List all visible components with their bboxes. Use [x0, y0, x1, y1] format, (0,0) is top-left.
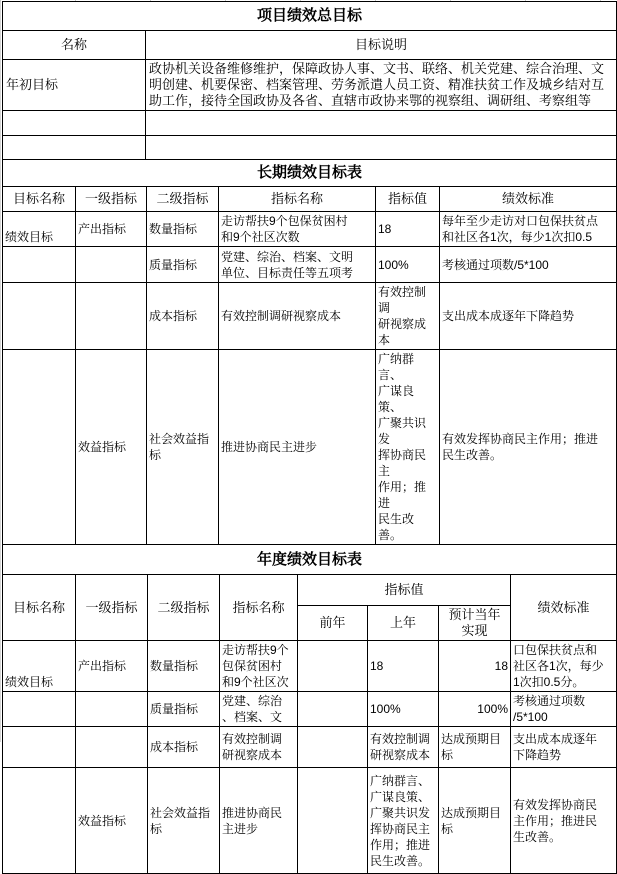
- longterm-header-level1: 一级指标: [76, 187, 147, 212]
- annual-r3-year-before: [298, 727, 368, 768]
- annual-header-level1: 一级指标: [76, 575, 148, 641]
- longterm-r1-level1: 产出指标: [76, 212, 147, 247]
- longterm-header-goal: 目标名称: [3, 187, 76, 212]
- summary-desc-header: 目标说明: [146, 31, 617, 60]
- summary-row2-name: [3, 111, 146, 136]
- annual-r4-level1: 效益指标: [76, 768, 148, 874]
- summary-name-header: 名称: [3, 31, 146, 60]
- annual-r3-standard: 支出成本成逐年 下降趋势: [511, 727, 617, 768]
- longterm-header-level2: 二级指标: [147, 187, 219, 212]
- longterm-r1-indicator: 走访帮扶9个包保贫困村 和9个社区次数: [219, 212, 376, 247]
- annual-header-goal: 目标名称: [3, 575, 76, 641]
- longterm-r2-goal: [3, 247, 76, 283]
- longterm-r2-standard: 考核通过项数/5*100: [440, 247, 617, 283]
- summary-table: 项目绩效总目标 名称 目标说明 年初目标 政协机关设备维修维护，保障政协人事、文…: [2, 1, 617, 160]
- longterm-table: 长期绩效目标表 目标名称 一级指标 二级指标 指标名称 指标值 绩效标准 绩效目…: [2, 159, 617, 545]
- longterm-header-indicator: 指标名称: [219, 187, 376, 212]
- annual-r3-level1: [76, 727, 148, 768]
- annual-title: 年度绩效目标表: [3, 545, 617, 575]
- longterm-r4-value: 广纳群言、 广谋良策、 广聚共识发 挥协商民主 作用；推进 民生改善。: [376, 350, 440, 545]
- annual-header-level2: 二级指标: [148, 575, 220, 641]
- longterm-r2-indicator: 党建、综治、档案、文明 单位、目标责任等五项考: [219, 247, 376, 283]
- annual-r2-level1: [76, 692, 148, 727]
- longterm-r4-indicator: 推进协商民主进步: [219, 350, 376, 545]
- annual-r4-goal: [3, 768, 76, 874]
- longterm-r3-standard: 支出成本成逐年下降趋势: [440, 283, 617, 350]
- annual-r2-goal: [3, 692, 76, 727]
- longterm-r3-goal: [3, 283, 76, 350]
- longterm-r4-standard: 有效发挥协商民主作用；推进 民生改善。: [440, 350, 617, 545]
- annual-header-value-group: 指标值: [298, 575, 511, 606]
- annual-r1-year-before: [298, 641, 368, 692]
- annual-r1-last-year: 18: [368, 641, 439, 692]
- summary-row3-name: [3, 136, 146, 160]
- annual-r2-standard: 考核通过项数 /5*100: [511, 692, 617, 727]
- longterm-r4-goal: [3, 350, 76, 545]
- annual-r4-standard: 有效发挥协商民 主作用；推进民 生改善。: [511, 768, 617, 874]
- spreadsheet-gridline-left: [0, 0, 1, 742]
- longterm-r3-value: 有效控制调 研视察成本: [376, 283, 440, 350]
- annual-r4-year-before: [298, 768, 368, 874]
- longterm-r4-level2: 社会效益指 标: [147, 350, 219, 545]
- summary-row3-desc: [146, 136, 617, 160]
- annual-r3-goal: [3, 727, 76, 768]
- longterm-header-standard: 绩效标准: [440, 187, 617, 212]
- annual-header-last-year: 上年: [368, 606, 439, 641]
- annual-r2-year-before: [298, 692, 368, 727]
- annual-r4-expected: 达成预期目 标: [439, 768, 511, 874]
- annual-r2-last-year: 100%: [368, 692, 439, 727]
- annual-r2-indicator: 党建、综治 、档案、文: [220, 692, 298, 727]
- longterm-r4-level1: 效益指标: [76, 350, 147, 545]
- annual-r1-level1: 产出指标: [76, 641, 148, 692]
- annual-r3-indicator: 有效控制调 研视察成本: [220, 727, 298, 768]
- annual-header-indicator: 指标名称: [220, 575, 298, 641]
- summary-row1-desc: 政协机关设备维修维护，保障政协人事、文书、联络、机关党建、综合治理、文明创建、机…: [146, 60, 617, 111]
- annual-r4-level2: 社会效益指 标: [148, 768, 220, 874]
- annual-header-standard: 绩效标准: [511, 575, 617, 641]
- annual-r1-goal: 绩效目标: [3, 641, 76, 692]
- longterm-r3-indicator: 有效控制调研视察成本: [219, 283, 376, 350]
- annual-r1-level2: 数量指标: [148, 641, 220, 692]
- longterm-r3-level1: [76, 283, 147, 350]
- annual-r1-expected: 18: [439, 641, 511, 692]
- annual-r1-indicator: 走访帮扶9个 包保贫困村 和9个社区次: [220, 641, 298, 692]
- longterm-r2-level1: [76, 247, 147, 283]
- summary-title: 项目绩效总目标: [3, 2, 617, 31]
- longterm-header-value: 指标值: [376, 187, 440, 212]
- annual-r3-level2: 成本指标: [148, 727, 220, 768]
- summary-row1-name: 年初目标: [3, 60, 146, 111]
- longterm-r2-value: 100%: [376, 247, 440, 283]
- longterm-r2-level2: 质量指标: [147, 247, 219, 283]
- annual-r2-expected: 100%: [439, 692, 511, 727]
- longterm-r1-standard: 每年至少走访对口包保扶贫点 和社区各1次，每少1次扣0.5: [440, 212, 617, 247]
- longterm-r3-level2: 成本指标: [147, 283, 219, 350]
- performance-target-sheet: 项目绩效总目标 名称 目标说明 年初目标 政协机关设备维修维护，保障政协人事、文…: [2, 1, 616, 874]
- annual-header-expected: 预计当年 实现: [439, 606, 511, 641]
- annual-r4-last-year: 广纳群言、 广谋良策、 广聚共识发 挥协商民主 作用；推进 民生改善。: [368, 768, 439, 874]
- annual-r3-expected: 达成预期目 标: [439, 727, 511, 768]
- annual-r2-level2: 质量指标: [148, 692, 220, 727]
- longterm-title: 长期绩效目标表: [3, 160, 617, 187]
- annual-header-year-before: 前年: [298, 606, 368, 641]
- annual-table: 年度绩效目标表 目标名称 一级指标 二级指标 指标名称 指标值 绩效标准 前年 …: [2, 544, 617, 874]
- annual-r1-standard: 口包保扶贫点和 社区各1次，每少 1次扣0.5分。: [511, 641, 617, 692]
- longterm-r1-goal: 绩效目标: [3, 212, 76, 247]
- annual-r4-indicator: 推进协商民 主进步: [220, 768, 298, 874]
- summary-row2-desc: [146, 111, 617, 136]
- annual-r3-last-year: 有效控制调 研视察成本: [368, 727, 439, 768]
- longterm-r1-value: 18: [376, 212, 440, 247]
- longterm-r1-level2: 数量指标: [147, 212, 219, 247]
